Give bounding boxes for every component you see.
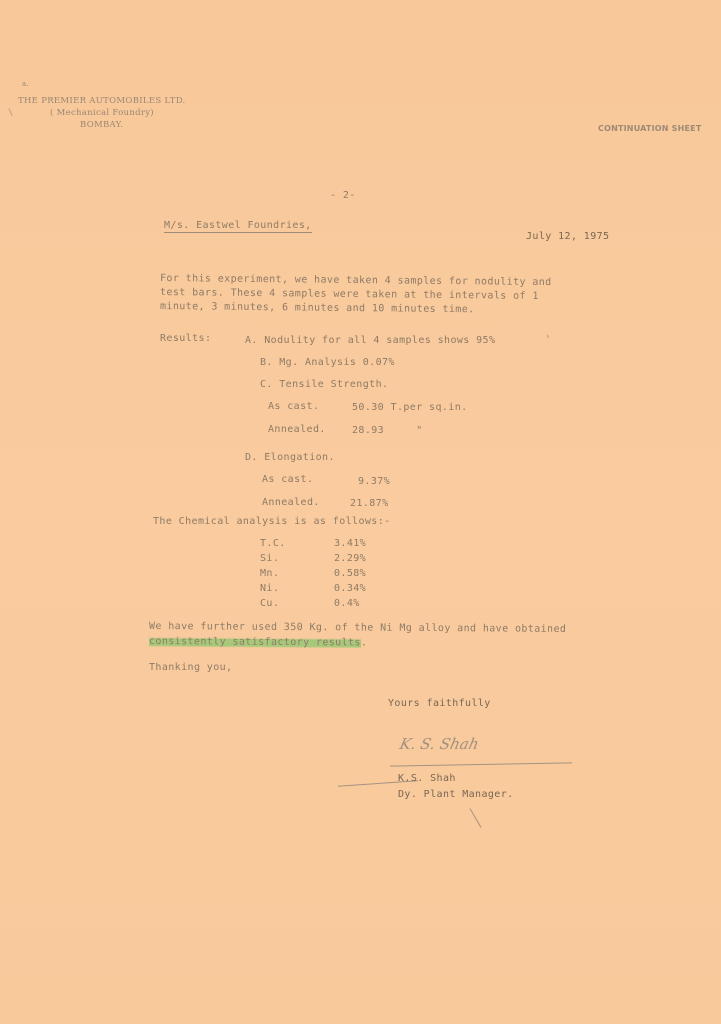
- signatory-name: K.S. Shah: [398, 773, 456, 784]
- margin-bracket-mark: ›: [545, 332, 550, 342]
- result-a-nodulity: A. Nodulity for all 4 samples shows 95%: [245, 335, 495, 346]
- elongation-annealed-value: 21.87%: [350, 498, 389, 509]
- addressee: M/s. Eastwel Foundries,: [164, 220, 312, 233]
- letterhead-city: BOMBAY.: [80, 120, 123, 130]
- letterhead-company: THE PREMIER AUTOMOBILES LTD.: [18, 96, 186, 106]
- result-c-heading: C. Tensile Strength.: [260, 379, 388, 390]
- elongation-as-cast-label: As cast.: [262, 474, 313, 485]
- continuation-sheet-label: CONTINUATION SHEET: [598, 124, 701, 133]
- signature-stroke: [390, 762, 572, 766]
- result-d-heading: D. Elongation.: [245, 452, 335, 463]
- chemical-analysis-table: T.C. 3.41% Si. 2.29% Mn. 0.58% Ni. 0.34%…: [260, 538, 366, 613]
- letter-page: a. THE PREMIER AUTOMOBILES LTD. ( Mechan…: [0, 0, 721, 1024]
- thanks-line: Thanking you,: [149, 662, 232, 673]
- margin-tick-mark: \: [8, 108, 13, 118]
- chemical-value: 0.34%: [334, 583, 366, 598]
- chemical-row: Si. 2.29%: [260, 553, 366, 568]
- chemical-row: Mn. 0.58%: [260, 568, 366, 583]
- closing-line-2-tail: .: [361, 637, 367, 648]
- intro-line-2: test bars. These 4 samples were taken at…: [160, 287, 539, 302]
- chemical-row: Ni. 0.34%: [260, 583, 366, 598]
- elongation-annealed-label: Annealed.: [262, 497, 320, 508]
- results-label: Results:: [160, 333, 211, 344]
- chemical-element: T.C.: [260, 538, 334, 553]
- result-b-mg-analysis: B. Mg. Analysis 0.07%: [260, 357, 395, 368]
- letterhead-division: ( Mechanical Foundry): [50, 108, 154, 118]
- elongation-as-cast-value: 9.37%: [358, 476, 390, 487]
- chemical-analysis-intro: The Chemical analysis is as follows:-: [153, 516, 391, 527]
- chemical-value: 3.41%: [334, 538, 366, 553]
- tensile-as-cast-label: As cast.: [268, 401, 319, 412]
- intro-line-3: minute, 3 minutes, 6 minutes and 10 minu…: [160, 301, 475, 315]
- chemical-element: Cu.: [260, 598, 334, 613]
- chemical-element: Mn.: [260, 568, 334, 583]
- highlighted-phrase: consistently satisfactory results: [149, 636, 361, 648]
- closing-line-1: We have further used 350 Kg. of the Ni M…: [149, 621, 566, 635]
- chemical-value: 0.4%: [334, 598, 360, 613]
- chemical-value: 0.58%: [334, 568, 366, 583]
- signoff: Yours faithfully: [388, 698, 491, 709]
- letterhead-mark: a.: [22, 80, 29, 88]
- signatory-title: Dy. Plant Manager.: [398, 789, 514, 800]
- chemical-element: Si.: [260, 553, 334, 568]
- tensile-annealed-label: Annealed.: [268, 424, 326, 435]
- chemical-value: 2.29%: [334, 553, 366, 568]
- intro-line-1: For this experiment, we have taken 4 sam…: [160, 273, 552, 288]
- chemical-row: T.C. 3.41%: [260, 538, 366, 553]
- handwritten-signature: K. S. Shah: [398, 735, 480, 753]
- page-number: - 2-: [330, 190, 356, 201]
- letter-date: July 12, 1975: [526, 231, 609, 242]
- closing-line-2: consistently satisfactory results.: [149, 636, 367, 649]
- chemical-row: Cu. 0.4%: [260, 598, 366, 613]
- tensile-as-cast-value: 50.30 T.per sq.in.: [352, 402, 468, 413]
- chemical-element: Ni.: [260, 583, 334, 598]
- tensile-annealed-value: 28.93 ": [352, 425, 423, 436]
- pen-mark-stroke: [470, 808, 482, 828]
